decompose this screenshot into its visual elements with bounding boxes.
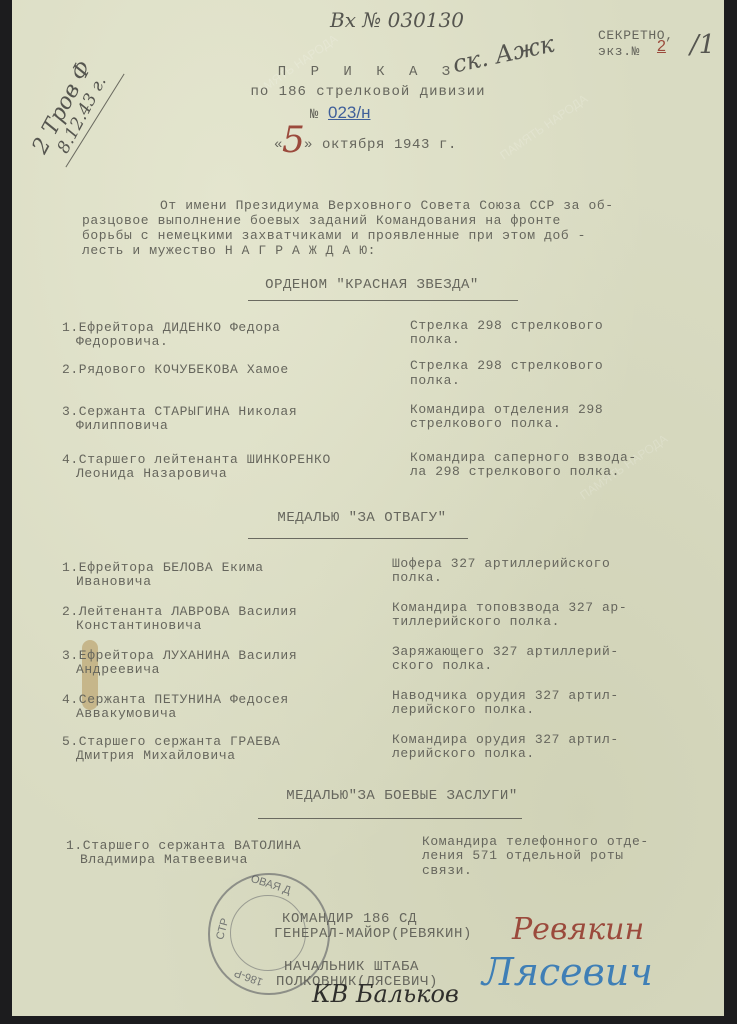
chief-of-staff-title: НАЧАЛЬНИК ШТАБА (284, 960, 419, 975)
entry-role-line2: полка. (392, 570, 442, 585)
entry-role-line2: полка. (410, 332, 460, 347)
entry-role-line1: Заряжающего 327 артиллерий- (392, 644, 619, 659)
commander-title: КОМАНДИР 186 СД (282, 912, 417, 927)
entry-name-line1: 4.Старшего лейтенанта ШИНКОРЕНКО (62, 452, 331, 467)
entry-role-line2: полка. (410, 373, 460, 388)
entry-name-line2: Аввакумовича (76, 706, 177, 721)
entry-role-line1: Командира орудия 327 артил- (392, 732, 619, 747)
entry-name-line2: Федоровича. (76, 334, 168, 349)
preamble-line-1: От имени Президиума Верховного Совета Со… (160, 198, 614, 213)
section-rule (248, 300, 518, 301)
entry-role-line3: связи. (422, 863, 472, 878)
entry-name-line1: 3.Сержанта СТАРЫГИНА Николая (62, 404, 297, 419)
section-title-combat-merit: МЕДАЛЬЮ"ЗА БОЕВЫЕ ЗАСЛУГИ" (252, 788, 552, 804)
entry-role-line2: тиллерийского полка. (392, 614, 560, 629)
entry-name-line2: Дмитрия Михайловича (76, 748, 236, 763)
entry-name-line2: Ивановича (76, 574, 152, 589)
entry-role-line2: лерийского полка. (392, 702, 535, 717)
entry-role-line1: Командира саперного взвода- (410, 450, 637, 465)
entry-role-line1: Наводчика орудия 327 артил- (392, 688, 619, 703)
secrecy-mark: /1 (690, 30, 715, 60)
entry-name-line2: Андреевича (76, 662, 160, 677)
entry-name-line1: 2.Рядового КОЧУБЕКОВА Хамое (62, 362, 289, 377)
section-title-for-courage: МЕДАЛЬЮ "ЗА ОТВАГУ" (212, 510, 512, 526)
watermark: ПАМЯТЬ НАРОДА (497, 92, 590, 163)
entry-role-line2: стрелкового полка. (410, 416, 561, 431)
order-number-label: № (310, 108, 319, 123)
archival-document-page: ПАМЯТЬ НАРОДА ПАМЯТЬ НАРОДА ПАМЯТЬ НАРОД… (12, 0, 724, 1016)
stamp-text-top: ОВАЯ Д (249, 873, 292, 897)
entry-name-line1: 2.Лейтенанта ЛАВРОВА Василия (62, 604, 297, 619)
preamble-line-4: лесть и мужество Н А Г Р А Ж Д А Ю: (82, 243, 376, 258)
copy-number: 2 (657, 38, 666, 56)
section-title-red-star: ОРДЕНОМ "КРАСНАЯ ЗВЕЗДА" (222, 277, 522, 293)
stamp-text-left: СТР (214, 917, 231, 941)
section-rule (258, 818, 522, 819)
entry-role-line1: Стрелка 298 стрелкового (410, 358, 603, 373)
section-rule (248, 538, 468, 539)
entry-role-line1: Командира топовзвода 327 ар- (392, 600, 627, 615)
order-number: 023/н (328, 103, 370, 123)
entry-role-line2: ла 298 стрелкового полка. (410, 464, 620, 479)
entry-role-line1: Командира отделения 298 (410, 402, 603, 417)
entry-name-line1: 5.Старшего сержанта ГРАЕВА (62, 734, 280, 749)
date-rest: » октября 1943 г. (304, 138, 457, 153)
handwritten-bottom-signature: КВ Бальков (312, 980, 459, 1008)
document-subtitle: по 186 стрелковой дивизии (12, 84, 724, 100)
entry-name-line2: Владимира Матвеевича (80, 852, 248, 867)
entry-name-line1: 1.Старшего сержанта ВАТОЛИНА (66, 838, 301, 853)
copy-label: экз.№ (598, 44, 640, 59)
date-day: 5 (282, 120, 305, 161)
entry-role-line2: лерийского полка. (392, 746, 535, 761)
chief-of-staff-signature: Лясевич (482, 950, 653, 994)
entry-role-line2: ского полка. (392, 658, 493, 673)
entry-role-line1: Шофера 327 артиллерийского (392, 556, 610, 571)
preamble-line-3: борьбы с немецкими захватчиками и проявл… (82, 228, 586, 243)
entry-name-line1: 4.Сержанта ПЕТУНИНА Федосея (62, 692, 289, 707)
entry-name-line2: Леонида Назаровича (76, 466, 227, 481)
entry-role-line1: Командира телефонного отде- (422, 834, 649, 849)
entry-name-line2: Филипповича (76, 418, 168, 433)
commander-name: ГЕНЕРАЛ-МАЙОР(РЕВЯКИН) (274, 927, 472, 942)
entry-name-line1: 3.Ефрейтора ЛУХАНИНА Василия (62, 648, 297, 663)
entry-role-line2: ления 571 отдельной роты (422, 848, 624, 863)
entry-role-line1: Стрелка 298 стрелкового (410, 318, 603, 333)
archive-number: Вх № 030130 (330, 8, 464, 32)
document-title: П Р И К А З (12, 64, 724, 80)
entry-name-line2: Константиновича (76, 618, 202, 633)
entry-name-line1: 1.Ефрейтора ДИДЕНКО Федора (62, 320, 280, 335)
preamble-line-2: разцовое выполнение боевых заданий Коман… (82, 213, 561, 228)
entry-name-line1: 1.Ефрейтора БЕЛОВА Екима (62, 560, 264, 575)
commander-signature: Ревякин (512, 912, 644, 947)
